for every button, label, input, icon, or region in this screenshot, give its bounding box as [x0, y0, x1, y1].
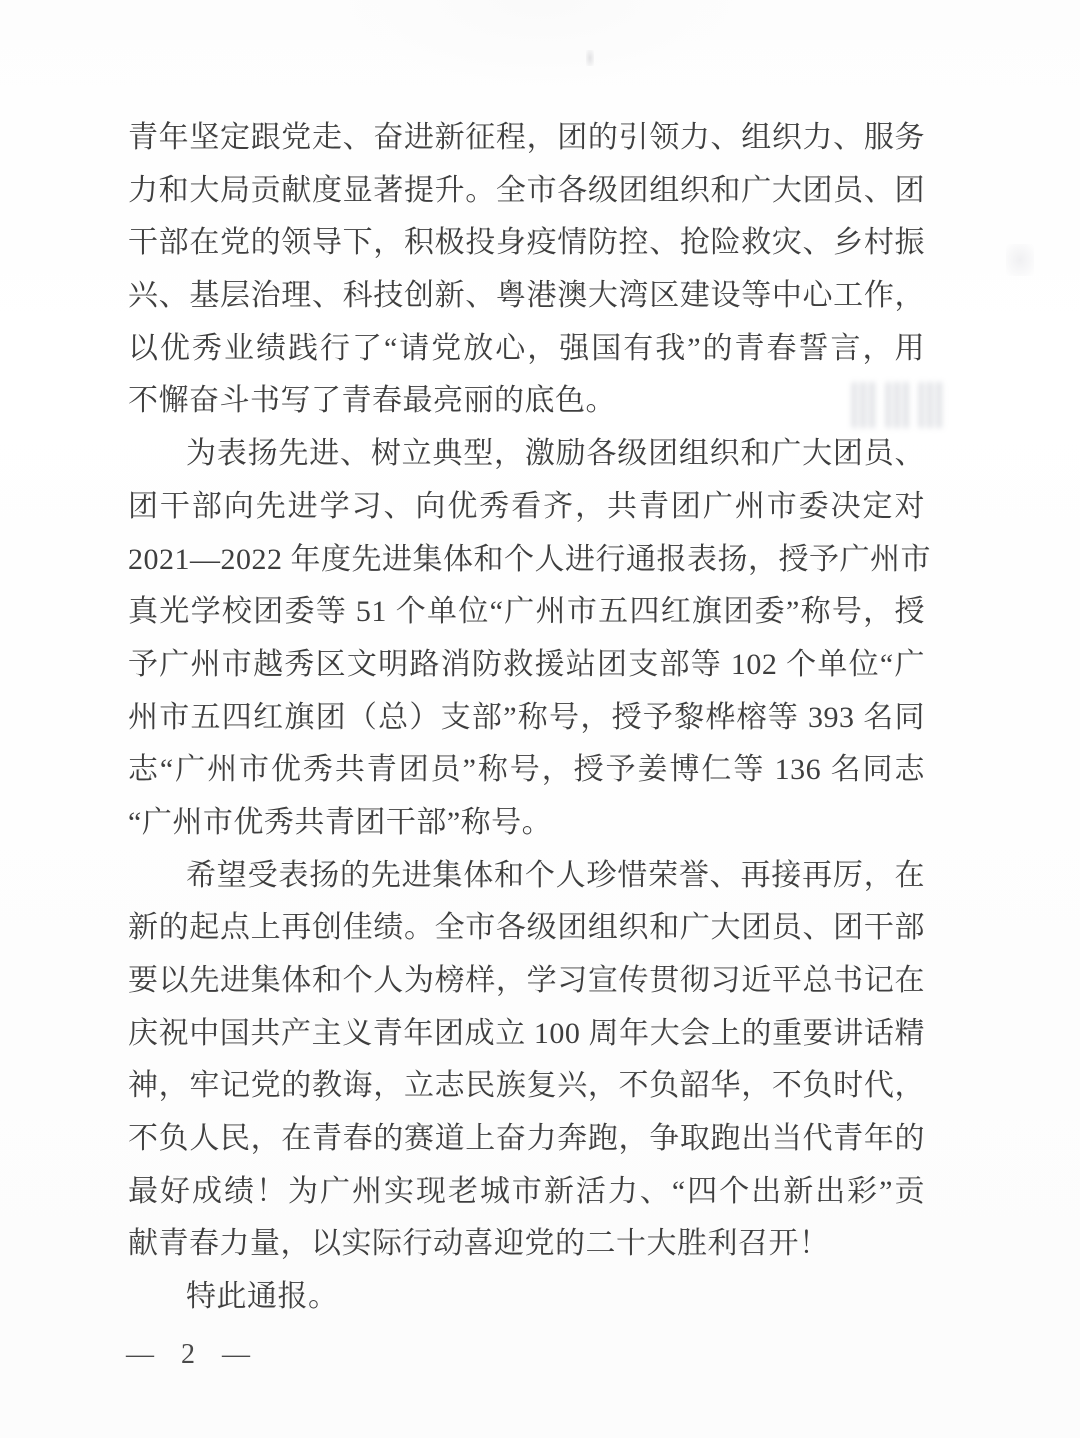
text-line: 为表扬先进、树立典型，激励各级团组织和广大团员、	[128, 428, 925, 481]
text-line: 以优秀业绩践行了“请党放心，强国有我”的青春誓言，用	[128, 323, 925, 376]
text-line: 力和大局贡献度显著提升。全市各级团组织和广大团员、团	[128, 165, 925, 218]
text-line: 州市五四红旗团（总）支部”称号，授予黎桦榕等 393 名同	[128, 692, 925, 745]
document-body: 青年坚定跟党走、奋进新征程，团的引领力、组织力、服务 力和大局贡献度显著提升。全…	[128, 112, 925, 1324]
text-line: 庆祝中国共产主义青年团成立 100 周年大会上的重要讲话精	[128, 1008, 925, 1061]
text-line: 志“广州市优秀共青团员”称号，授予姜博仁等 136 名同志	[128, 744, 925, 797]
text-line: 2021—2022 年度先进集体和个人进行通报表扬，授予广州市	[128, 534, 925, 587]
text-line: 干部在党的领导下，积极投身疫情防控、抢险救灾、乡村振	[128, 217, 925, 270]
text-line: “广州市优秀共青团干部”称号。	[128, 797, 925, 850]
scanned-document-page: 青年坚定跟党走、奋进新征程，团的引领力、组织力、服务 力和大局贡献度显著提升。全…	[0, 0, 1080, 1438]
text-line: 不懈奋斗书写了青春最亮丽的底色。	[128, 375, 925, 428]
text-line: 团干部向先进学习、向优秀看齐，共青团广州市委决定对	[128, 481, 925, 534]
text-line: 真光学校团委等 51 个单位“广州市五四红旗团委”称号，授	[128, 586, 925, 639]
text-line: 予广州市越秀区文明路消防救援站团支部等 102 个单位“广	[128, 639, 925, 692]
scan-smudge-artifact	[586, 50, 594, 66]
text-line: 不负人民，在青春的赛道上奋力奔跑，争取跑出当代青年的	[128, 1113, 925, 1166]
text-line: 新的起点上再创佳绩。全市各级团组织和广大团员、团干部	[128, 902, 925, 955]
text-line: 献青春力量，以实际行动喜迎党的二十大胜利召开！	[128, 1218, 925, 1271]
text-line: 兴、基层治理、科技创新、粤港澳大湾区建设等中心工作，	[128, 270, 925, 323]
text-line: 最好成绩！为广州实现老城市新活力、“四个出新出彩”贡	[128, 1166, 925, 1219]
page-number: — 2 —	[126, 1340, 260, 1370]
text-line: 要以先进集体和个人为榜样，学习宣传贯彻习近平总书记在	[128, 955, 925, 1008]
text-line: 青年坚定跟党走、奋进新征程，团的引领力、组织力、服务	[128, 112, 925, 165]
scan-smudge-artifact	[1006, 244, 1034, 276]
text-line: 希望受表扬的先进集体和个人珍惜荣誉、再接再厉，在	[128, 850, 925, 903]
text-line: 神，牢记党的教诲，立志民族复兴，不负韶华，不负时代，	[128, 1060, 925, 1113]
ink-bleed-artifact	[852, 382, 944, 428]
text-line: 特此通报。	[128, 1271, 925, 1324]
